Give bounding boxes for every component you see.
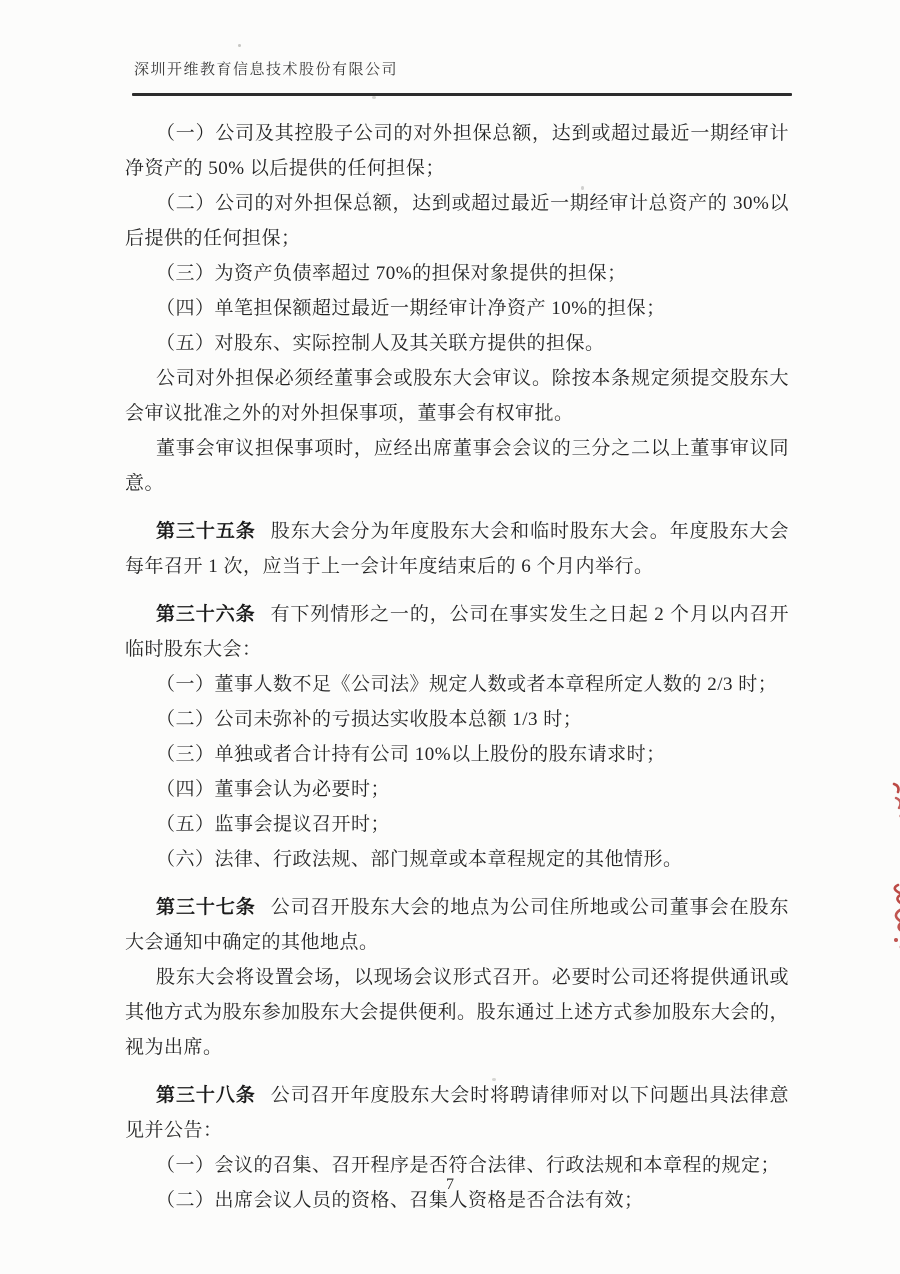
- clause-meeting-item-6: （六）法律、行政法规、部门规章或本章程规定的其他情形。: [125, 842, 789, 877]
- clause-meeting-item-3: （三）单独或者合计持有公司 10%以上股份的股东请求时；: [125, 737, 789, 772]
- paragraph-board-review: 董事会审议担保事项时，应经出席董事会会议的三分之二以上董事审议同意。: [125, 431, 789, 501]
- clause-guarantee-item-5: （五）对股东、实际控制人及其关联方提供的担保。: [125, 326, 789, 361]
- article-37: 第三十七条公司召开股东大会的地点为公司住所地或公司董事会在股东大会通知中确定的其…: [125, 890, 789, 960]
- scan-speck: [366, 191, 369, 194]
- article-38-number: 第三十八条: [156, 1085, 256, 1106]
- scan-speck: [238, 44, 241, 47]
- article-35-number: 第三十五条: [156, 521, 256, 542]
- clause-guarantee-item-2: （二）公司的对外担保总额，达到或超过最近一期经审计总资产的 30%以后提供的任何…: [125, 186, 789, 256]
- scan-speck: [581, 186, 584, 190]
- page-number: 7: [0, 1176, 900, 1194]
- article-36-number: 第三十六条: [156, 604, 256, 625]
- article-37-number: 第三十七条: [156, 897, 256, 918]
- header-divider-line: [132, 93, 792, 96]
- clause-guarantee-item-4: （四）单笔担保额超过最近一期经审计净资产 10%的担保；: [125, 291, 789, 326]
- red-ink-mark-icon: [884, 882, 900, 952]
- article-36: 第三十六条有下列情形之一的，公司在事实发生之日起 2 个月以内召开临时股东大会：: [125, 597, 789, 667]
- document-page: 深圳开维教育信息技术股份有限公司 （一）公司及其控股子公司的对外担保总额，达到或…: [0, 0, 900, 1274]
- scan-speck: [492, 1078, 496, 1081]
- company-name-header: 深圳开维教育信息技术股份有限公司: [134, 58, 398, 79]
- scan-speck: [372, 96, 376, 99]
- document-body: （一）公司及其控股子公司的对外担保总额，达到或超过最近一期经审计净资产的 50%…: [125, 116, 789, 1218]
- paragraph-guarantee-approval: 公司对外担保必须经董事会或股东大会审议。除按本条规定须提交股东大会审议批准之外的…: [125, 361, 789, 431]
- red-ink-mark-icon: [886, 780, 900, 824]
- clause-guarantee-item-3: （三）为资产负债率超过 70%的担保对象提供的担保；: [125, 256, 789, 291]
- clause-meeting-item-4: （四）董事会认为必要时；: [125, 772, 789, 807]
- article-38: 第三十八条公司召开年度股东大会时将聘请律师对以下问题出具法律意见并公告：: [125, 1078, 789, 1148]
- clause-guarantee-item-1: （一）公司及其控股子公司的对外担保总额，达到或超过最近一期经审计净资产的 50%…: [125, 116, 789, 186]
- clause-meeting-item-2: （二）公司未弥补的亏损达实收股本总额 1/3 时；: [125, 702, 789, 737]
- paragraph-meeting-venue: 股东大会将设置会场，以现场会议形式召开。必要时公司还将提供通讯或其他方式为股东参…: [125, 960, 789, 1065]
- article-35: 第三十五条股东大会分为年度股东大会和临时股东大会。年度股东大会每年召开 1 次，…: [125, 514, 789, 584]
- clause-meeting-item-1: （一）董事人数不足《公司法》规定人数或者本章程所定人数的 2/3 时；: [125, 667, 789, 702]
- clause-meeting-item-5: （五）监事会提议召开时；: [125, 807, 789, 842]
